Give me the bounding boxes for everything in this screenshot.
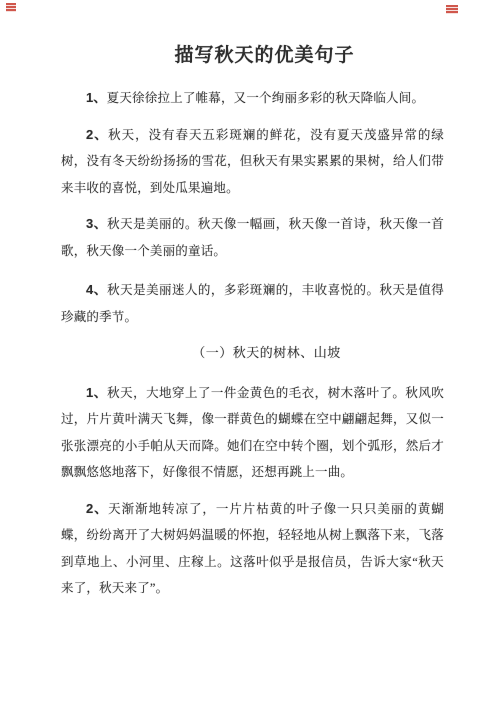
intro-paragraph-1: 1、夏天徐徐拉上了帷幕，又一个绚丽多彩的秋天降临人间。 (61, 85, 444, 112)
intro-paragraph-4: 4、秋天是美丽迷人的，多彩斑斓的，丰收喜悦的。秋天是值得珍藏的季节。 (61, 277, 444, 330)
red-seal-mark-left (6, 3, 16, 12)
paragraph-text: 秋天是美丽迷人的，多彩斑斓的，丰收喜悦的。秋天是值得珍藏的季节。 (61, 283, 444, 324)
paragraph-text: 秋天是美丽的。秋天像一幅画，秋天像一首诗，秋天像一首歌，秋天像一个美丽的童话。 (61, 217, 444, 258)
paragraph-text: 天渐渐地转凉了，一片片枯黄的叶子像一只只美丽的黄蝴蝶，纷纷离开了大树妈妈温暖的怀… (61, 502, 444, 596)
paragraph-number: 3、 (86, 216, 107, 231)
intro-paragraph-2: 2、秋天，没有春天五彩斑斓的鲜花，没有夏天茂盛异常的绿树，没有冬天纷纷扬扬的雪花… (61, 122, 444, 202)
paragraph-text: 秋天，大地穿上了一件金黄色的毛衣，树木落叶了。秋风吹过，片片黄叶满天飞舞，像一群… (61, 386, 444, 480)
document-title: 描写秋天的优美句子 (73, 44, 456, 68)
paragraph-number: 4、 (86, 282, 107, 297)
document-content: 描写秋天的优美句子 1、夏天徐徐拉上了帷幕，又一个绚丽多彩的秋天降临人间。 2、… (0, 44, 500, 602)
section-paragraph-1: 1、秋天，大地穿上了一件金黄色的毛衣，树木落叶了。秋风吹过，片片黄叶满天飞舞，像… (61, 380, 444, 486)
intro-paragraph-3: 3、秋天是美丽的。秋天像一幅画，秋天像一首诗，秋天像一首歌，秋天像一个美丽的童话… (61, 211, 444, 264)
paragraph-text: 夏天徐徐拉上了帷幕，又一个绚丽多彩的秋天降临人间。 (107, 91, 425, 105)
paragraph-number: 1、 (86, 90, 107, 105)
paragraph-number: 2、 (86, 127, 108, 142)
paragraph-text: 秋天，没有春天五彩斑斓的鲜花，没有夏天茂盛异常的绿树，没有冬天纷纷扬扬的雪花，但… (61, 128, 444, 195)
paragraph-number: 2、 (86, 501, 108, 516)
document-page: 描写秋天的优美句子 1、夏天徐徐拉上了帷幕，又一个绚丽多彩的秋天降临人间。 2、… (0, 0, 500, 708)
paragraph-number: 1、 (86, 385, 107, 400)
section-heading: （一）秋天的树林、山坡 (75, 340, 458, 367)
red-seal-mark-right (446, 5, 458, 14)
section-paragraph-2: 2、天渐渐地转凉了，一片片枯黄的叶子像一只只美丽的黄蝴蝶，纷纷离开了大树妈妈温暖… (61, 496, 444, 602)
